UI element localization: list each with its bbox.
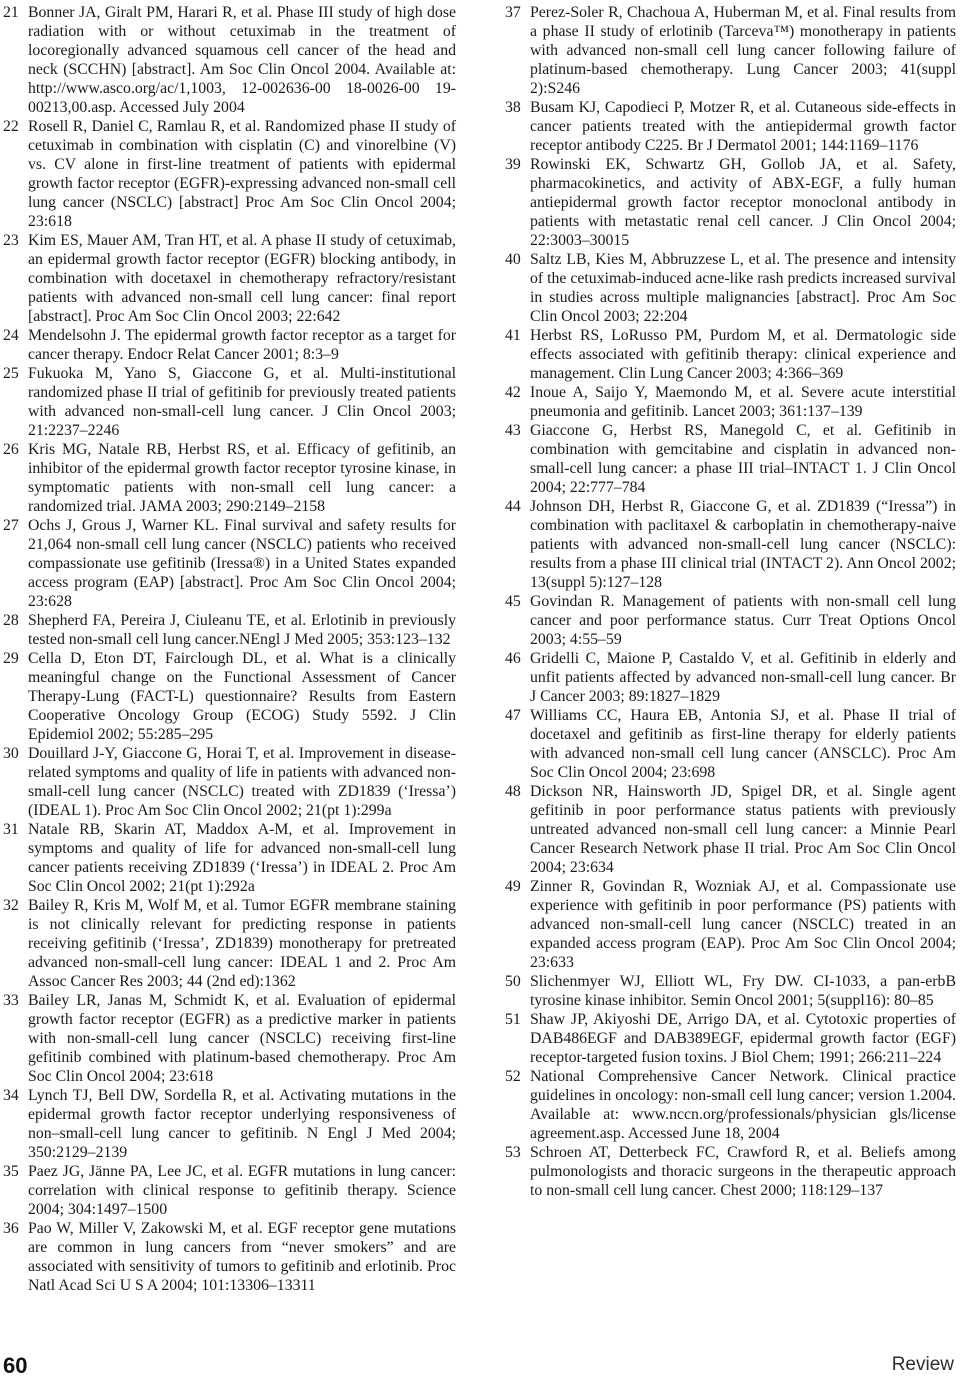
reference-text: Shepherd FA, Pereira J, Ciuleanu TE, et …: [28, 612, 456, 648]
reference-item: 26 Kris MG, Natale RB, Herbst RS, et al.…: [3, 440, 456, 516]
reference-number: 22: [3, 117, 19, 136]
reference-number: 23: [3, 231, 19, 250]
reference-text: Fukuoka M, Yano S, Giaccone G, et al. Mu…: [28, 365, 456, 439]
reference-text: Williams CC, Haura EB, Antonia SJ, et al…: [530, 707, 956, 781]
reference-number: 26: [3, 440, 19, 459]
reference-item: 23 Kim ES, Mauer AM, Tran HT, et al. A p…: [3, 231, 456, 326]
reference-text: Cella D, Eton DT, Fairclough DL, et al. …: [28, 650, 456, 743]
reference-number: 41: [505, 326, 521, 345]
reference-item: 24 Mendelsohn J. The epidermal growth fa…: [3, 326, 456, 364]
reference-item: 37 Perez-Soler R, Chachoua A, Huberman M…: [505, 3, 956, 98]
reference-text: Mendelsohn J. The epidermal growth facto…: [28, 327, 456, 363]
reference-number: 45: [505, 592, 521, 611]
reference-number: 43: [505, 421, 521, 440]
reference-item: 41 Herbst RS, LoRusso PM, Purdom M, et a…: [505, 326, 956, 383]
reference-number: 33: [3, 991, 19, 1010]
reference-text: National Comprehensive Cancer Network. C…: [530, 1068, 956, 1142]
reference-text: Lynch TJ, Bell DW, Sordella R, et al. Ac…: [28, 1087, 456, 1161]
reference-text: Gridelli C, Maione P, Castaldo V, et al.…: [530, 650, 956, 705]
reference-text: Rowinski EK, Schwartz GH, Gollob JA, et …: [530, 156, 956, 249]
reference-item: 53 Schroen AT, Detterbeck FC, Crawford R…: [505, 1143, 956, 1200]
reference-item: 51 Shaw JP, Akiyoshi DE, Arrigo DA, et a…: [505, 1010, 956, 1067]
reference-item: 39 Rowinski EK, Schwartz GH, Gollob JA, …: [505, 155, 956, 250]
reference-item: 25 Fukuoka M, Yano S, Giaccone G, et al.…: [3, 364, 456, 440]
reference-number: 30: [3, 744, 19, 763]
reference-number: 52: [505, 1067, 521, 1086]
reference-number: 48: [505, 782, 521, 801]
reference-number: 27: [3, 516, 19, 535]
reference-text: Saltz LB, Kies M, Abbruzzese L, et al. T…: [530, 251, 956, 325]
reference-item: 28 Shepherd FA, Pereira J, Ciuleanu TE, …: [3, 611, 456, 649]
reference-number: 31: [3, 820, 19, 839]
reference-text: Ochs J, Grous J, Warner KL. Final surviv…: [28, 517, 456, 610]
reference-text: Shaw JP, Akiyoshi DE, Arrigo DA, et al. …: [530, 1011, 956, 1066]
reference-number: 50: [505, 972, 521, 991]
reference-text: Govindan R. Management of patients with …: [530, 593, 956, 648]
reference-text: Pao W, Miller V, Zakowski M, et al. EGF …: [28, 1220, 456, 1294]
reference-number: 53: [505, 1143, 521, 1162]
references-column-left: 21 Bonner JA, Giralt PM, Harari R, et al…: [3, 3, 456, 1295]
reference-text: Slichenmyer WJ, Elliott WL, Fry DW. CI-1…: [530, 973, 956, 1009]
reference-text: Rosell R, Daniel C, Ramlau R, et al. Ran…: [28, 118, 456, 230]
reference-number: 39: [505, 155, 521, 174]
page-number: 60: [3, 1353, 27, 1379]
reference-number: 36: [3, 1219, 19, 1238]
reference-number: 35: [3, 1162, 19, 1181]
reference-item: 35 Paez JG, Jänne PA, Lee JC, et al. EGF…: [3, 1162, 456, 1219]
reference-number: 40: [505, 250, 521, 269]
reference-text: Busam KJ, Capodieci P, Motzer R, et al. …: [530, 99, 956, 154]
reference-text: Inoue A, Saijo Y, Maemondo M, et al. Sev…: [530, 384, 956, 420]
reference-text: Herbst RS, LoRusso PM, Purdom M, et al. …: [530, 327, 956, 382]
reference-item: 38 Busam KJ, Capodieci P, Motzer R, et a…: [505, 98, 956, 155]
reference-number: 28: [3, 611, 19, 630]
reference-number: 46: [505, 649, 521, 668]
reference-item: 40 Saltz LB, Kies M, Abbruzzese L, et al…: [505, 250, 956, 326]
reference-text: Kim ES, Mauer AM, Tran HT, et al. A phas…: [28, 232, 456, 325]
reference-item: 45 Govindan R. Management of patients wi…: [505, 592, 956, 649]
reference-item: 44 Johnson DH, Herbst R, Giaccone G, et …: [505, 497, 956, 592]
section-label: Review: [892, 1354, 954, 1376]
reference-item: 48 Dickson NR, Hainsworth JD, Spigel DR,…: [505, 782, 956, 877]
reference-item: 21 Bonner JA, Giralt PM, Harari R, et al…: [3, 3, 456, 117]
reference-number: 34: [3, 1086, 19, 1105]
reference-item: 52 National Comprehensive Cancer Network…: [505, 1067, 956, 1143]
reference-number: 51: [505, 1010, 521, 1029]
reference-text: Giaccone G, Herbst RS, Manegold C, et al…: [530, 422, 956, 496]
references-column-right: 37 Perez-Soler R, Chachoua A, Huberman M…: [505, 3, 956, 1200]
reference-number: 24: [3, 326, 19, 345]
reference-item: 47 Williams CC, Haura EB, Antonia SJ, et…: [505, 706, 956, 782]
reference-item: 29 Cella D, Eton DT, Fairclough DL, et a…: [3, 649, 456, 744]
reference-number: 38: [505, 98, 521, 117]
reference-item: 27 Ochs J, Grous J, Warner KL. Final sur…: [3, 516, 456, 611]
reference-text: Dickson NR, Hainsworth JD, Spigel DR, et…: [530, 783, 956, 876]
reference-number: 29: [3, 649, 19, 668]
reference-item: 32 Bailey R, Kris M, Wolf M, et al. Tumo…: [3, 896, 456, 991]
reference-number: 47: [505, 706, 521, 725]
reference-item: 49 Zinner R, Govindan R, Wozniak AJ, et …: [505, 877, 956, 972]
reference-text: Bailey LR, Janas M, Schmidt K, et al. Ev…: [28, 992, 456, 1085]
reference-item: 42 Inoue A, Saijo Y, Maemondo M, et al. …: [505, 383, 956, 421]
reference-text: Schroen AT, Detterbeck FC, Crawford R, e…: [530, 1144, 956, 1199]
reference-number: 42: [505, 383, 521, 402]
reference-item: 36 Pao W, Miller V, Zakowski M, et al. E…: [3, 1219, 456, 1295]
reference-item: 30 Douillard J-Y, Giaccone G, Horai T, e…: [3, 744, 456, 820]
reference-item: 46 Gridelli C, Maione P, Castaldo V, et …: [505, 649, 956, 706]
reference-item: 50 Slichenmyer WJ, Elliott WL, Fry DW. C…: [505, 972, 956, 1010]
reference-text: Perez-Soler R, Chachoua A, Huberman M, e…: [530, 4, 956, 97]
references-page: 21 Bonner JA, Giralt PM, Harari R, et al…: [0, 0, 960, 1383]
reference-item: 43 Giaccone G, Herbst RS, Manegold C, et…: [505, 421, 956, 497]
reference-item: 33 Bailey LR, Janas M, Schmidt K, et al.…: [3, 991, 456, 1086]
reference-text: Natale RB, Skarin AT, Maddox A-M, et al.…: [28, 821, 456, 895]
reference-number: 44: [505, 497, 521, 516]
reference-item: 34 Lynch TJ, Bell DW, Sordella R, et al.…: [3, 1086, 456, 1162]
reference-text: Paez JG, Jänne PA, Lee JC, et al. EGFR m…: [28, 1163, 456, 1218]
reference-text: Douillard J-Y, Giaccone G, Horai T, et a…: [28, 745, 456, 819]
reference-number: 49: [505, 877, 521, 896]
reference-text: Bailey R, Kris M, Wolf M, et al. Tumor E…: [28, 897, 456, 990]
reference-text: Johnson DH, Herbst R, Giaccone G, et al.…: [530, 498, 956, 591]
reference-number: 37: [505, 3, 521, 22]
reference-text: Zinner R, Govindan R, Wozniak AJ, et al.…: [530, 878, 956, 971]
reference-text: Kris MG, Natale RB, Herbst RS, et al. Ef…: [28, 441, 456, 515]
reference-number: 21: [3, 3, 19, 22]
reference-number: 32: [3, 896, 19, 915]
reference-item: 22 Rosell R, Daniel C, Ramlau R, et al. …: [3, 117, 456, 231]
reference-text: Bonner JA, Giralt PM, Harari R, et al. P…: [28, 4, 456, 116]
reference-number: 25: [3, 364, 19, 383]
reference-item: 31 Natale RB, Skarin AT, Maddox A-M, et …: [3, 820, 456, 896]
